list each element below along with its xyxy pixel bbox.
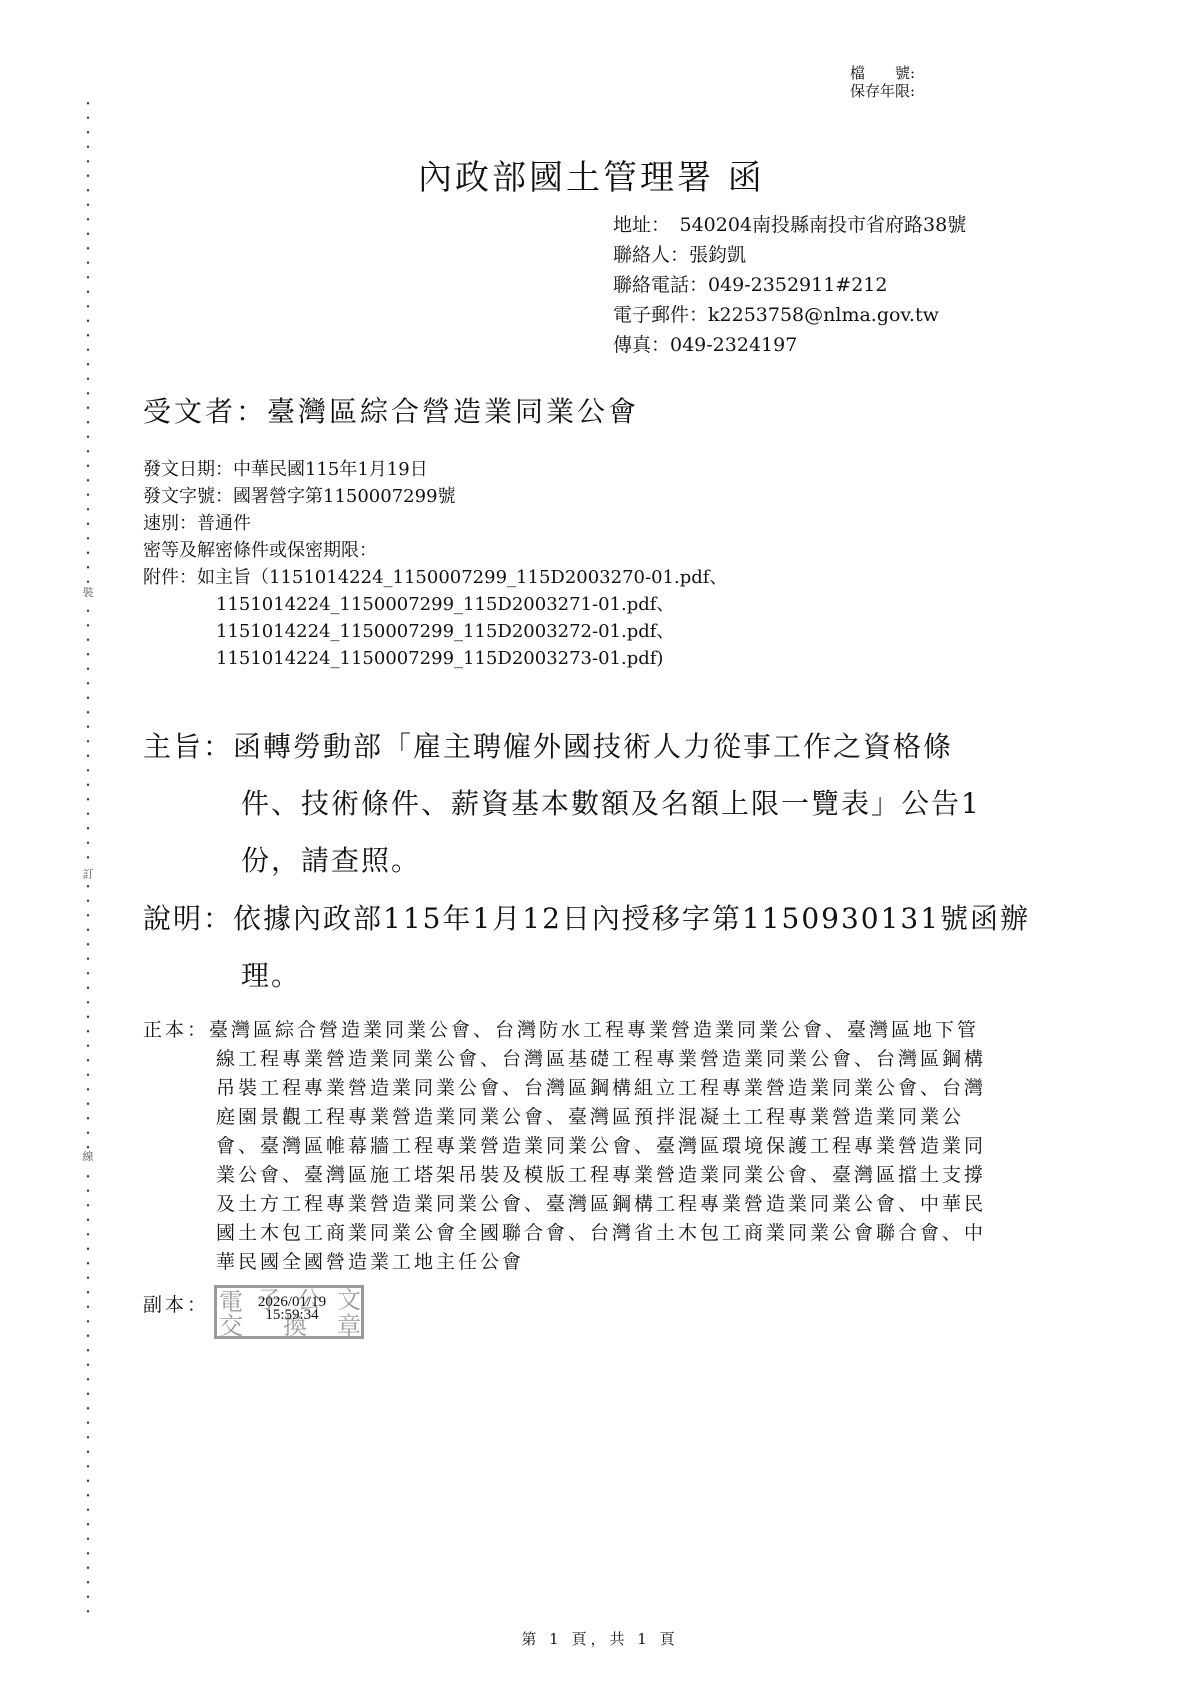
- copy-label: 副本：: [143, 1290, 209, 1317]
- distribution-line: 庭園景觀工程專業營造業同業公會、臺灣區預拌混凝土工程專業營造業同業公: [143, 1103, 986, 1132]
- stamp-char: 交: [219, 1314, 243, 1338]
- issue-date: 發文日期：中華民國115年1月19日: [143, 456, 727, 483]
- stamp-char: 文: [337, 1288, 361, 1312]
- contact-address: 地址： 540204南投縣南投市省府路38號: [613, 210, 966, 240]
- subject-line: 主旨：函轉勞動部「雇主聘僱外國技術人力從事工作之資格條: [143, 718, 981, 775]
- distribution-list: 正本：臺灣區綜合營造業同業公會、台灣防水工程專業營造業同業公會、臺灣區地下管 線…: [143, 1016, 986, 1277]
- stamp-timestamp: 2026/01/19 15:59:34: [247, 1296, 337, 1322]
- contact-fax: 傳真：049-2324197: [613, 330, 966, 360]
- contact-email: 電子郵件：k2253758@nlma.gov.tw: [613, 300, 966, 330]
- distribution-line: 業公會、臺灣區施工塔架吊裝及模版工程專業營造業同業公會、臺灣區擋土支撐: [143, 1161, 986, 1190]
- electronic-exchange-stamp: 電 子 公 文 交 換 章 2026/01/19 15:59:34: [214, 1285, 364, 1339]
- explanation-line: 說明：依據內政部115年1月12日內授移字第1150930131號函辦: [143, 890, 1030, 947]
- stamp-time: 15:59:34: [247, 1309, 337, 1322]
- distribution-line: 線工程專業營造業同業公會、台灣區基礎工程專業營造業同業公會、台灣區鋼構: [143, 1045, 986, 1074]
- distribution-line: 及土方工程專業營造業同業公會、臺灣區鋼構工程專業營造業同業公會、中華民: [143, 1190, 986, 1219]
- contact-block: 地址： 540204南投縣南投市省府路38號 聯絡人：張鈞凱 聯絡電話：049-…: [613, 210, 966, 360]
- document-meta: 發文日期：中華民國115年1月19日 發文字號：國署營字第1150007299號…: [143, 456, 727, 672]
- secrecy-level: 密等及解密條件或保密期限：: [143, 537, 727, 564]
- distribution-line: 國土木包工商業同業公會全國聯合會、台灣省土木包工商業同業公會聯合會、中: [143, 1219, 986, 1248]
- stamp-char: 電: [219, 1290, 243, 1314]
- binding-char-ding: 訂: [80, 867, 96, 883]
- binding-char-zhuang: 裝: [80, 585, 96, 601]
- document-number: 發文字號：國署營字第1150007299號: [143, 483, 727, 510]
- attachment-file: 1151014224_1150007299_115D2003273-01.pdf…: [143, 645, 727, 672]
- attachments-label: 附件：如主旨（1151014224_1150007299_115D2003270…: [143, 564, 727, 591]
- binding-margin-dotted-line: [85, 96, 91, 1616]
- page-number: 第 1 頁，共 1 頁: [0, 1628, 1200, 1649]
- recipient: 受文者：臺灣區綜合營造業同業公會: [143, 390, 639, 430]
- attachment-file: 1151014224_1150007299_115D2003271-01.pdf…: [143, 591, 727, 618]
- document-title: 內政部國土管理署 函: [418, 150, 765, 199]
- subject-line: 件、技術條件、薪資基本數額及名額上限一覽表」公告1: [143, 775, 981, 832]
- explanation-section: 說明：依據內政部115年1月12日內授移字第1150930131號函辦 理。: [143, 890, 1030, 1004]
- explanation-line: 理。: [143, 947, 1030, 1004]
- binding-char-xian: 線: [80, 1149, 96, 1165]
- contact-person: 聯絡人：張鈞凱: [613, 240, 966, 270]
- speed-class: 速別：普通件: [143, 510, 727, 537]
- distribution-line: 正本：臺灣區綜合營造業同業公會、台灣防水工程專業營造業同業公會、臺灣區地下管: [143, 1016, 986, 1045]
- retention-period-label: 保存年限:: [850, 82, 915, 100]
- distribution-line: 華民國全國營造業工地主任公會: [143, 1248, 986, 1277]
- subject-section: 主旨：函轉勞動部「雇主聘僱外國技術人力從事工作之資格條 件、技術條件、薪資基本數…: [143, 718, 981, 889]
- contact-phone: 聯絡電話：049-2352911#212: [613, 270, 966, 300]
- distribution-line: 會、臺灣區帷幕牆工程專業營造業同業公會、臺灣區環境保護工程專業營造業同: [143, 1132, 986, 1161]
- file-number-label: 檔 號:: [850, 64, 915, 82]
- attachment-file: 1151014224_1150007299_115D2003272-01.pdf…: [143, 618, 727, 645]
- distribution-line: 吊裝工程專業營造業同業公會、台灣區鋼構組立工程專業營造業同業公會、台灣: [143, 1074, 986, 1103]
- subject-line: 份，請查照。: [143, 832, 981, 889]
- stamp-char: 章: [337, 1314, 361, 1338]
